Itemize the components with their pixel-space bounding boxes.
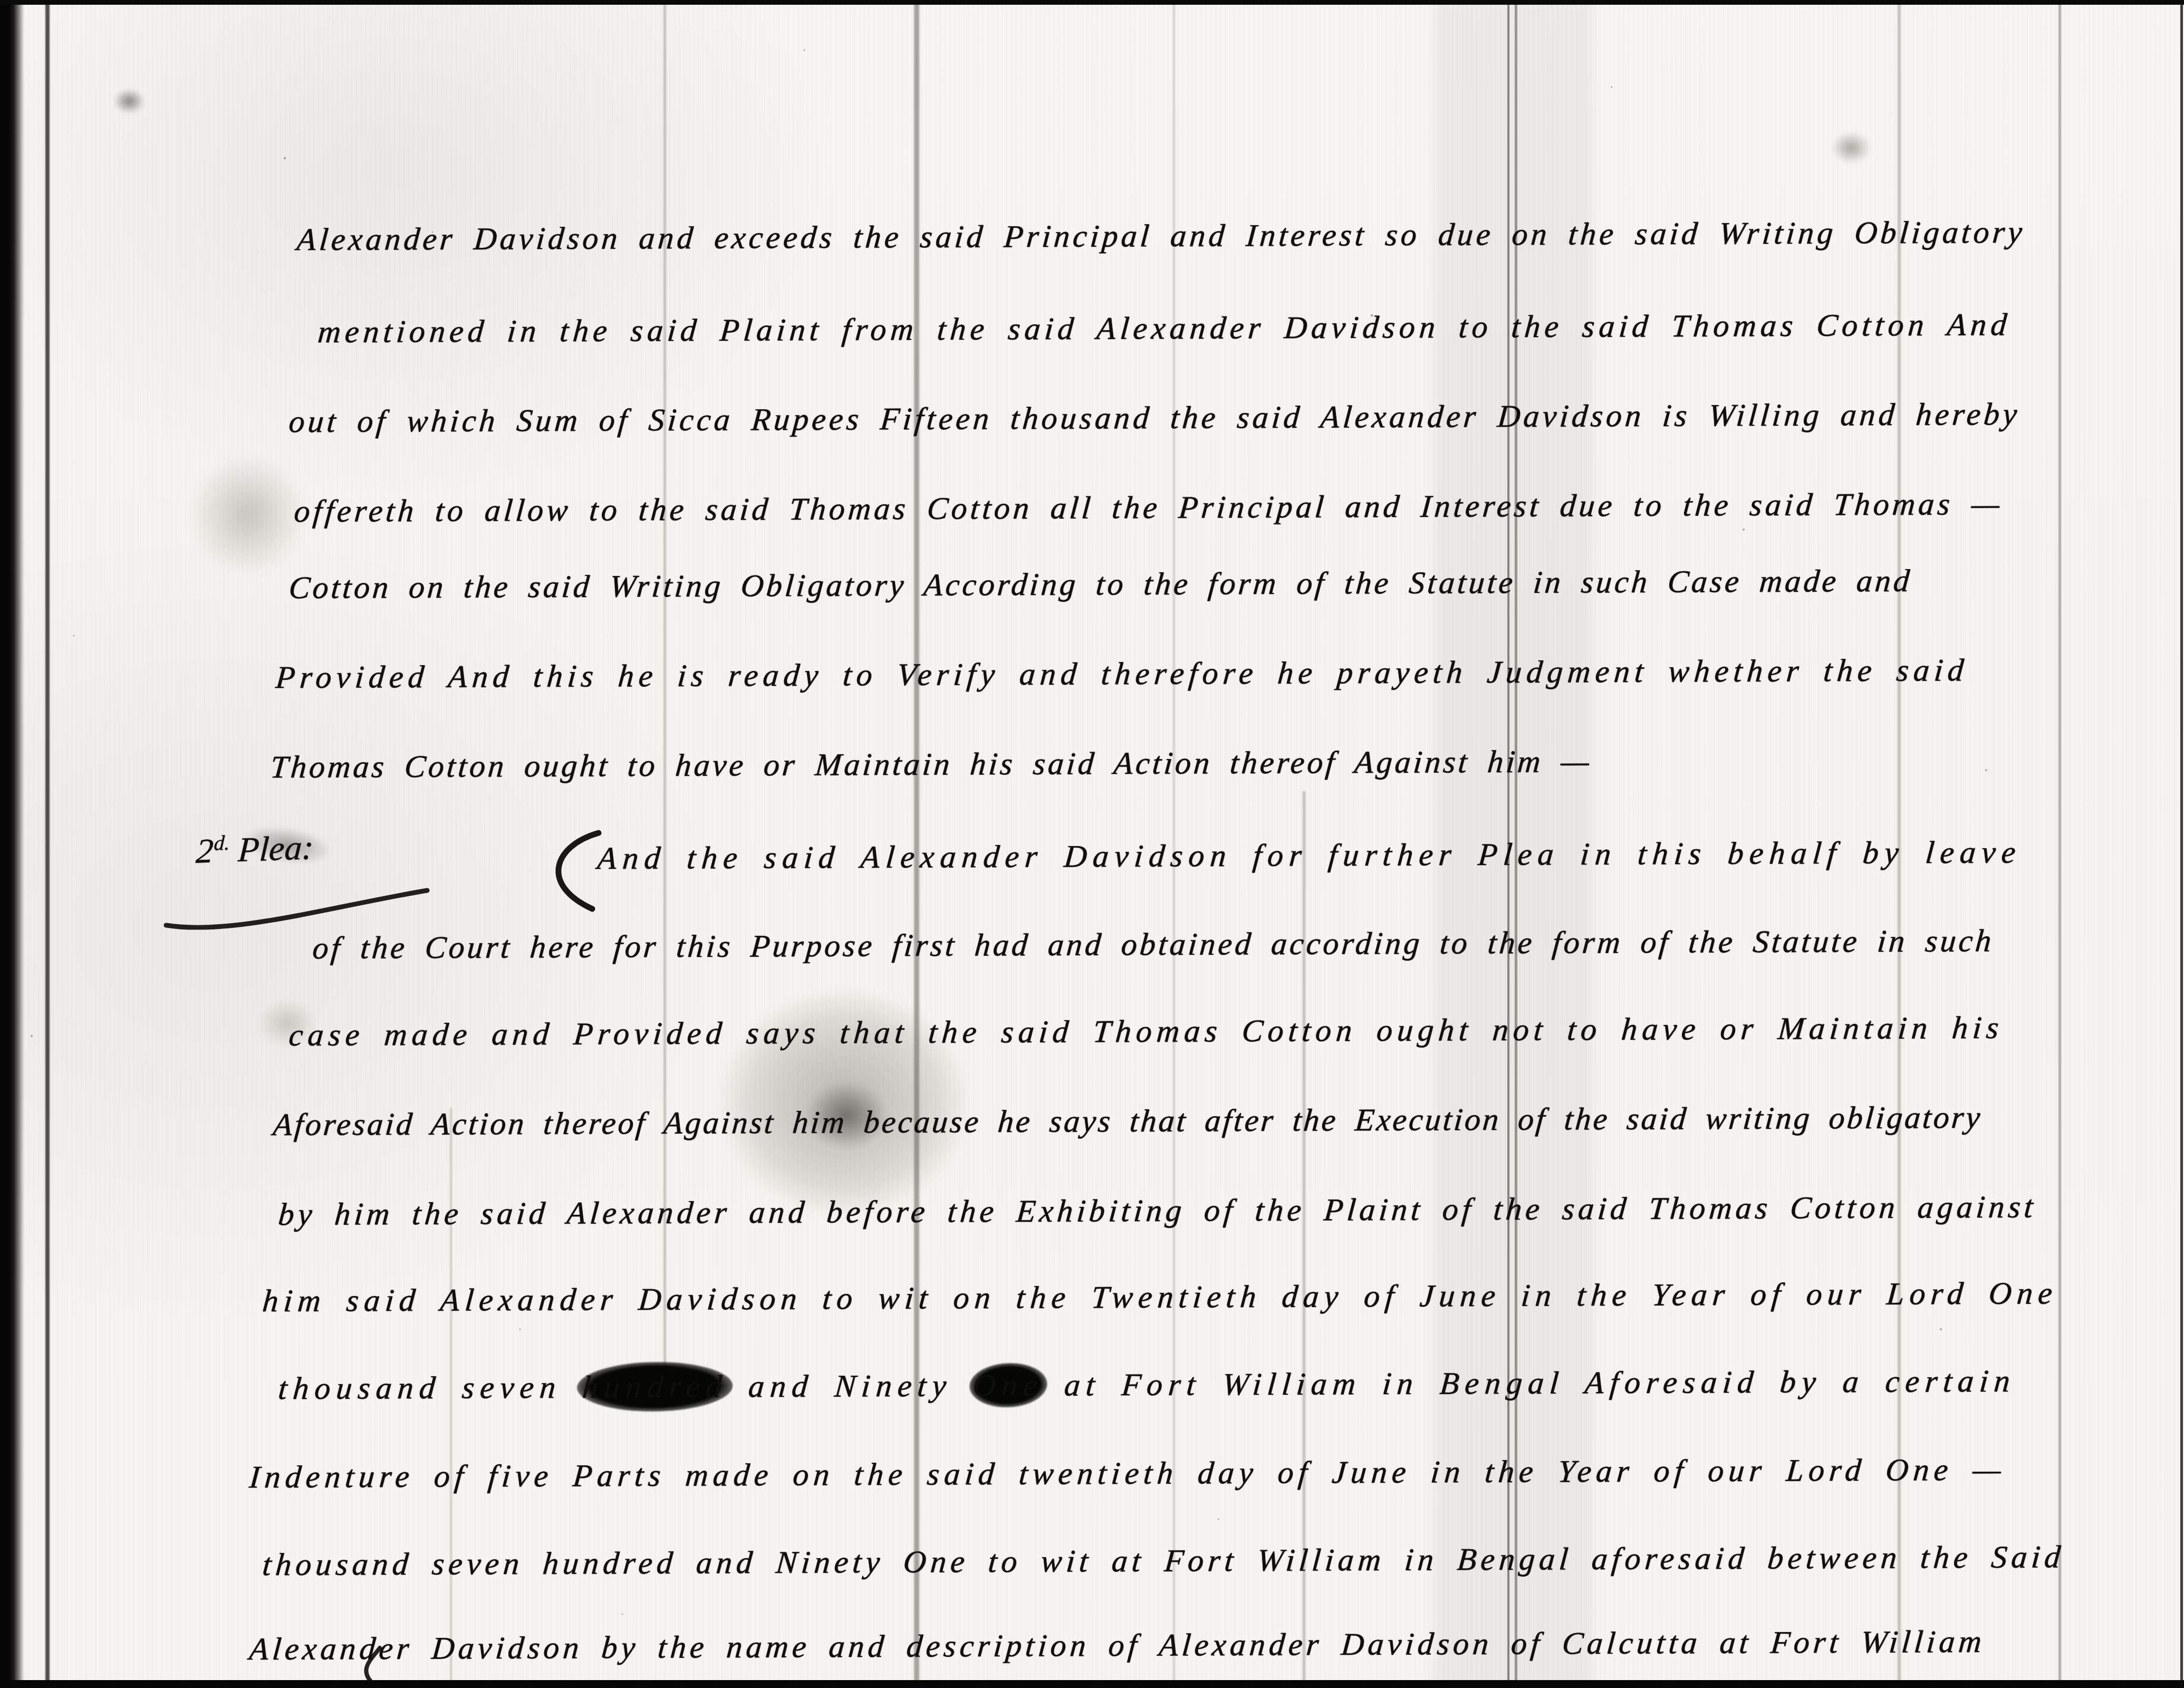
scanned-manuscript-page: Alexander Davidson and exceeds the said … bbox=[0, 0, 2184, 1688]
line-14-text: thousand seven bbox=[277, 1369, 584, 1406]
scan-edge-right bbox=[2180, 0, 2183, 1688]
manuscript-line-3: out of which Sum of Sicca Rupees Fifteen… bbox=[287, 396, 2022, 440]
line-14-text: at Fort William in Bengal Aforesaid by a… bbox=[1042, 1364, 2017, 1403]
margin-note-ordinal: d. bbox=[213, 831, 230, 855]
margin-note-word: Plea: bbox=[237, 828, 315, 869]
manuscript-line-1: Alexander Davidson and exceeds the said … bbox=[295, 214, 2027, 258]
ink-blot-word: hundred bbox=[581, 1369, 729, 1404]
margin-note-underline-flourish bbox=[158, 882, 438, 935]
paper-edge-line bbox=[45, 0, 50, 1688]
manuscript-line-6: Provided And this he is ready to Verify … bbox=[274, 652, 1970, 696]
margin-note-number: 2 bbox=[195, 832, 215, 871]
manuscript-line-8: And the said Alexander Davidson for furt… bbox=[596, 834, 2023, 877]
manuscript-line-15: Indenture of five Parts made on the said… bbox=[248, 1451, 2007, 1495]
manuscript-line-11: Aforesaid Action thereof Against him bec… bbox=[272, 1099, 1984, 1143]
ink-blot-word: One bbox=[971, 1368, 1045, 1403]
manuscript-line-14: thousand seven hundred and Ninety One at… bbox=[277, 1363, 2017, 1407]
manuscript-line-5: Cotton on the said Writing Obligatory Ac… bbox=[287, 563, 1913, 606]
manuscript-line-9: of the Court here for this Purpose first… bbox=[311, 923, 1995, 966]
line-14-text: and Ninety bbox=[726, 1368, 975, 1404]
manuscript-line-12: by him the said Alexander and before the… bbox=[277, 1188, 2038, 1233]
scan-edge-top bbox=[0, 0, 2184, 5]
manuscript-line-17: Alexander Davidson by the name and descr… bbox=[248, 1624, 1987, 1667]
scan-edge-bottom bbox=[0, 1680, 2184, 1688]
manuscript-line-7: Thomas Cotton ought to have or Maintain … bbox=[269, 743, 1593, 785]
scan-edge-left bbox=[0, 0, 24, 1688]
manuscript-line-10: case made and Provided says that the sai… bbox=[287, 1010, 2005, 1053]
manuscript-line-4: offereth to allow to the said Thomas Cot… bbox=[293, 486, 2004, 530]
manuscript-line-2: mentioned in the said Plaint from the sa… bbox=[316, 306, 2012, 350]
margin-note-second-plea: 2d. Plea: bbox=[195, 827, 315, 872]
